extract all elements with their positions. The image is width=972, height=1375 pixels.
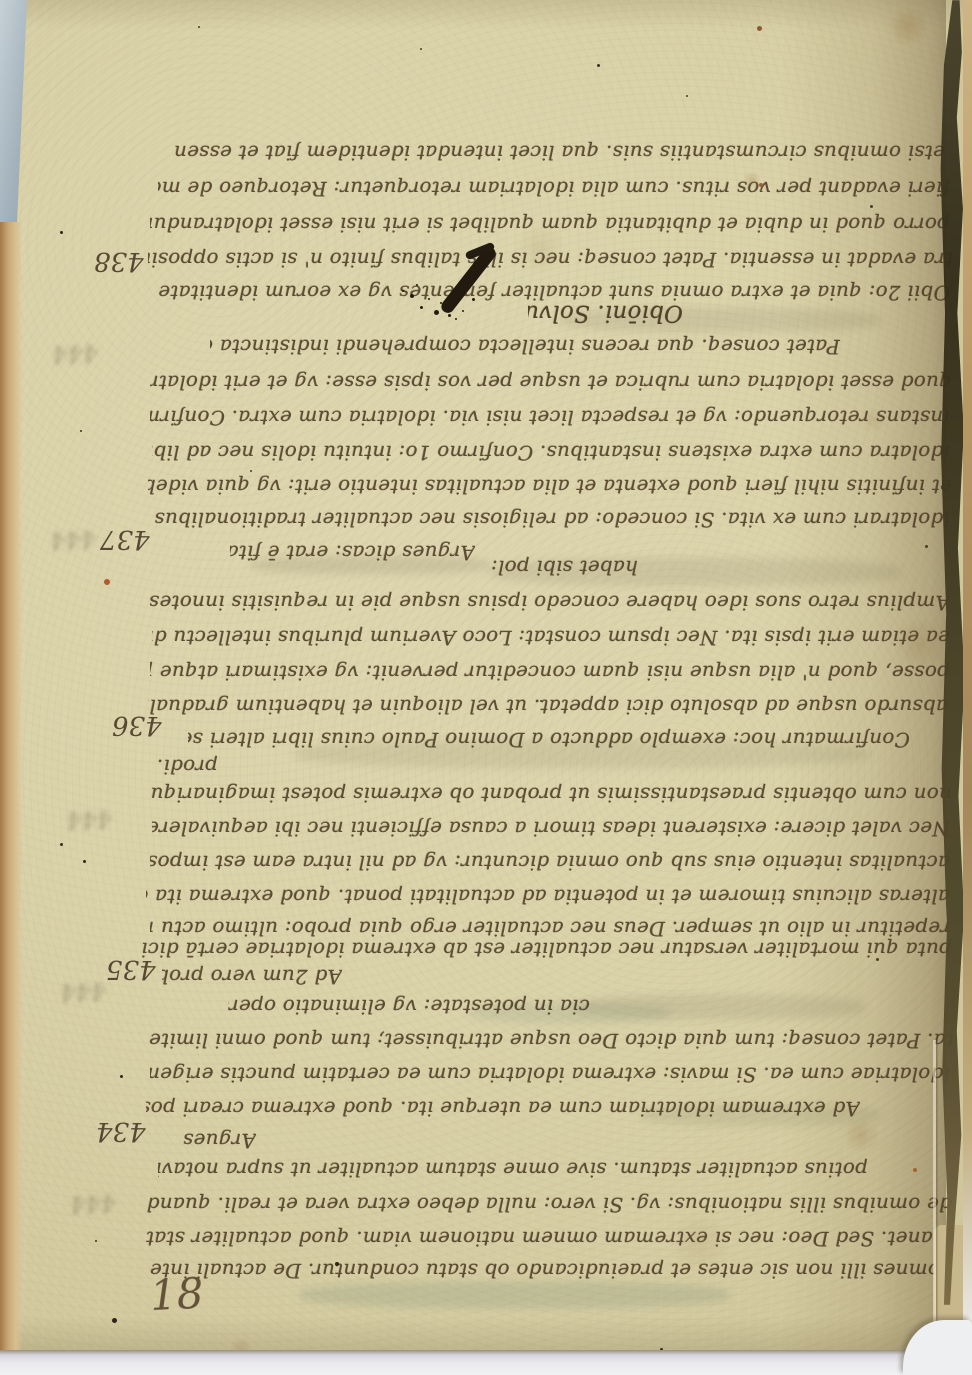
- bottom-edge-shadow: [12, 1316, 946, 1354]
- speck: [686, 95, 688, 97]
- handwritten-line: de omnibus illis nationibus: vg. Si vero…: [146, 1188, 952, 1220]
- handwritten-line: ea etiam erit ipsis ita. Nec ipsum const…: [152, 621, 950, 653]
- handwritten-line: actualitas intentio eius sub quo omnia d…: [150, 846, 950, 878]
- margin-number: 435: [106, 954, 156, 984]
- ink-spatter-dot: [434, 310, 439, 315]
- bleed-through-numeral: 444: [66, 805, 113, 835]
- speck: [95, 1240, 97, 1242]
- speck: [925, 545, 928, 548]
- ink-spatter-dot: [410, 294, 414, 298]
- stain: [665, 1215, 735, 1271]
- ink-spatter-dot: [472, 298, 475, 301]
- handwritten-line: et infinitis nihil fieri quod extenta et…: [148, 470, 952, 502]
- handwritten-line: potius actualiter statum. sive omne stat…: [158, 1153, 868, 1185]
- handwritten-line: Nec valet dicere: existerent ideas timor…: [152, 812, 950, 844]
- speck: [420, 48, 422, 50]
- margin-number: 438: [94, 246, 144, 276]
- ink-spatter-dot: [455, 318, 457, 320]
- ink-blot: [400, 238, 512, 330]
- handwritten-line: idolatriae cum ea. Si mavis: extrema ido…: [150, 1058, 950, 1090]
- speck: [104, 579, 110, 585]
- binding-page-sliver: [963, 0, 972, 1375]
- stain: [510, 225, 570, 273]
- page-fore-edge: [0, 222, 22, 1356]
- ink-spatter-dot: [416, 284, 418, 286]
- speck: [112, 1318, 117, 1323]
- speck: [540, 700, 542, 702]
- speck: [83, 860, 86, 863]
- handwritten-line: etsi omnibus circumstantiis suis. qua li…: [175, 136, 945, 168]
- speck: [876, 958, 879, 961]
- handwritten-line: omnes illi non sic entes et praeiudicand…: [150, 1254, 940, 1286]
- handwritten-line: non cum obtentis praestantissimis ut pro…: [150, 778, 952, 810]
- handwritten-line: Patet conseq. qua recens intellecta comp…: [210, 330, 840, 362]
- margin-number: 434: [96, 1116, 146, 1146]
- handwritten-line: absurdo usque ad absoluto dici appetat. …: [148, 690, 948, 722]
- ink-spatter-dot: [462, 310, 464, 312]
- bleed-through-numeral: 444: [50, 525, 97, 555]
- stain: [890, 620, 950, 668]
- speck: [335, 1262, 339, 1266]
- crease-line: [933, 1040, 936, 1358]
- handwritten-line: posse, quod n' alia usque nisi quam conc…: [150, 656, 950, 688]
- ink-spatter-dot: [402, 290, 404, 292]
- folio-number: 18: [149, 1271, 205, 1320]
- stain: [885, 8, 931, 45]
- bleed-through-numeral: 444: [60, 977, 107, 1007]
- handwritten-line: instans retorquendo: vg et respecta lice…: [150, 401, 950, 433]
- speck: [60, 843, 63, 846]
- handwritten-line: ta. Patet conseq: tum quia dicto Deo usq…: [148, 1024, 954, 1056]
- speck: [250, 470, 252, 472]
- speck: [597, 64, 600, 67]
- handwritten-line: Confirmatur hoc: exemplo adducto a Domin…: [188, 723, 910, 755]
- stain: [858, 408, 888, 432]
- handwritten-line: quod esset idolatria cum rubrica et usqu…: [150, 366, 952, 398]
- handwritten-line: alteras alicuius timorem et in potentia …: [146, 880, 950, 912]
- handwritten-line: fieri evadant per vos ritus. cum alia id…: [158, 172, 950, 204]
- handwritten-line: Argues dicas: erat ē fita: igr: [230, 536, 475, 568]
- speck: [198, 26, 200, 28]
- handwritten-line: idolatrari cum ex vita. Si concedo: ad r…: [152, 503, 950, 535]
- bleed-through-numeral: 444: [70, 1189, 117, 1219]
- speck: [120, 1075, 123, 1078]
- ink-spatter-dot: [428, 298, 430, 300]
- handwritten-line: Argues: [168, 1124, 256, 1156]
- handwritten-line: Ad 2um vero probatio ·: [162, 960, 342, 992]
- margin-number: 436: [112, 710, 162, 740]
- ink-spatter-dot: [448, 314, 451, 317]
- margin-number: 437: [100, 524, 150, 554]
- handwritten-line: habet sibi pol:: [470, 551, 638, 583]
- section-heading: Obiōni. Solvuntur:: [528, 293, 683, 329]
- ink-spatter-dot: [420, 306, 423, 309]
- speck: [759, 183, 763, 187]
- speck: [870, 205, 873, 208]
- bleed-through-numeral: 444: [52, 339, 99, 369]
- stain: [840, 1118, 882, 1152]
- speck: [757, 26, 762, 31]
- bottom-page-edge: [0, 1350, 972, 1375]
- handwritten-line: idolatra cum extra existens instantibus.…: [152, 436, 950, 468]
- speck: [60, 231, 63, 234]
- handwritten-line: Ad extremam idolatriam cum ea uterque it…: [146, 1092, 860, 1124]
- ink-spatter-dot: [440, 302, 442, 304]
- manuscript-scan: 444444444444444 etsi omnibus circumstant…: [0, 0, 972, 1375]
- handwritten-line: Amplius retro suos ideo habere concedo i…: [150, 586, 950, 618]
- handwritten-line: cia in potestate: vg eliminatio operandi: [228, 990, 590, 1022]
- speck: [913, 1168, 917, 1172]
- handwritten-line: manet. Sed Deo: nec si extremam omnem na…: [146, 1222, 952, 1254]
- speck: [80, 430, 82, 432]
